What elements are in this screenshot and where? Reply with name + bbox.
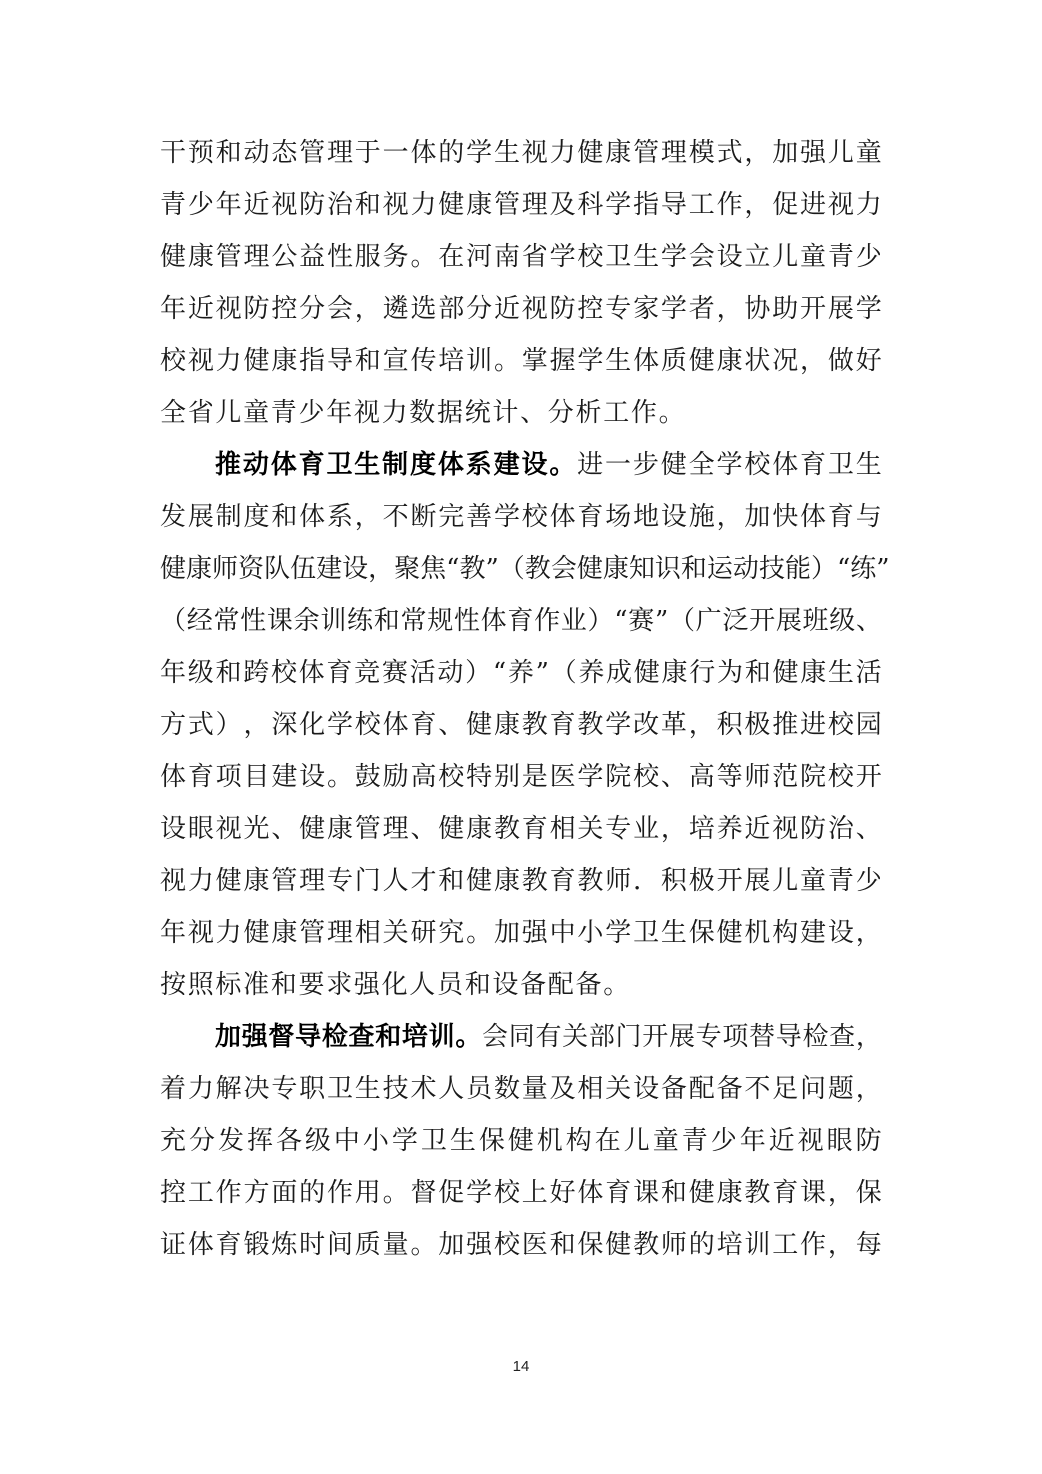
paragraph-first-line: 加强督导检查和培训。会同有关部门开展专项替导检查， xyxy=(160,1011,882,1063)
text-line: 青少年近视防治和视力健康管理及科学指导工作，促进视力 xyxy=(160,179,882,231)
text-line: 健康师资队伍建设，聚焦“教”（教会健康知识和运动技能）“练” xyxy=(160,543,882,595)
text-line: 健康管理公益性服务。在河南省学校卫生学会设立儿童青少 xyxy=(160,231,882,283)
text-line: 设眼视光、健康管理、健康教育相关专业，培养近视防治、 xyxy=(160,803,882,855)
text-line: 体育项目建设。鼓励高校特别是医学院校、高等师范院校开 xyxy=(160,751,882,803)
text-line: 干预和动态管理于一体的学生视力健康管理模式，加强儿童 xyxy=(160,127,882,179)
text-line: 视力健康管理专门人才和健康教育教师．积极开展儿童青少 xyxy=(160,855,882,907)
text-line: 着力解决专职卫生技术人员数量及相关设备配备不足问题， xyxy=(160,1063,882,1115)
paragraph-vision-management: 干预和动态管理于一体的学生视力健康管理模式，加强儿童 青少年近视防治和视力健康管… xyxy=(160,127,882,439)
text-line: 发展制度和体系，不断完善学校体育场地设施，加快体育与 xyxy=(160,491,882,543)
paragraph-first-line: 推动体育卫生制度体系建设。进一步健全学校体育卫生 xyxy=(160,439,882,491)
text-line: 年近视防控分会，遴选部分近视防控专家学者，协助开展学 xyxy=(160,283,882,335)
text-line: （经常性课余训练和常规性体育作业）“赛”（广泛开展班级、 xyxy=(160,595,882,647)
text-line: 控工作方面的作用。督促学校上好体育课和健康教育课，保 xyxy=(160,1167,882,1219)
page-number: 14 xyxy=(0,1358,1042,1375)
paragraph-sports-health-system: 推动体育卫生制度体系建设。进一步健全学校体育卫生 发展制度和体系，不断完善学校体… xyxy=(160,439,882,1011)
text-line: 年视力健康管理相关研究。加强中小学卫生保健机构建设， xyxy=(160,907,882,959)
text-line: 充分发挥各级中小学卫生保健机构在儿童青少年近视眼防 xyxy=(160,1115,882,1167)
text-line: 方式），深化学校体育、健康教育教学改革，积极推进校园 xyxy=(160,699,882,751)
text-line: 按照标准和要求强化人员和设备配备。 xyxy=(160,959,882,1011)
paragraph-supervision-training: 加强督导检查和培训。会同有关部门开展专项替导检查， 着力解决专职卫生技术人员数量… xyxy=(160,1011,882,1271)
text-line: 校视力健康指导和宣传培训。掌握学生体质健康状况，做好 xyxy=(160,335,882,387)
text-line: 年级和跨校体育竞赛活动）“养”（养成健康行为和健康生活 xyxy=(160,647,882,699)
document-page: 干预和动态管理于一体的学生视力健康管理模式，加强儿童 青少年近视防治和视力健康管… xyxy=(0,0,1042,1474)
document-body: 干预和动态管理于一体的学生视力健康管理模式，加强儿童 青少年近视防治和视力健康管… xyxy=(160,127,882,1271)
text-line: 全省儿童青少年视力数据统计、分析工作。 xyxy=(160,387,882,439)
text-line: 证体育锻炼时间质量。加强校医和保健教师的培训工作，每 xyxy=(160,1219,882,1271)
